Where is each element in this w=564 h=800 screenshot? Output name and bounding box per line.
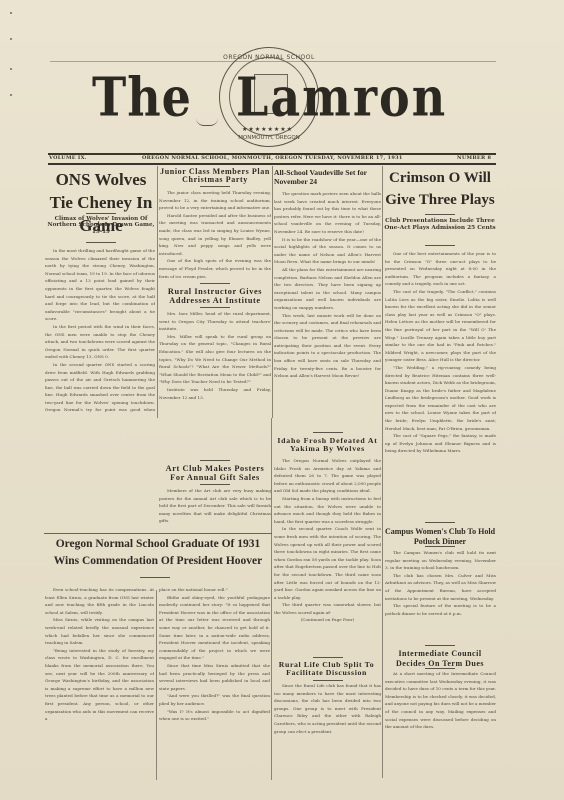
paragraph: "Being interested in the study of forest… <box>45 647 154 723</box>
column-divider <box>382 166 383 778</box>
headline-rule <box>425 668 455 669</box>
headline-crimson-o: Crimson O Will Give Three Plays <box>384 167 496 211</box>
paragraph: It is to be the roadshow of the year—one… <box>274 236 381 266</box>
column-divider <box>272 166 273 418</box>
article-separator <box>200 283 230 284</box>
paragraph: "Was I? It's almost impossible to act di… <box>159 708 270 723</box>
paragraph: "And were you thrilled?" was the final q… <box>159 692 270 707</box>
headline-line: Wins Commendation Of President Hoover <box>42 553 274 570</box>
paragraph: The Oregon Normal Wolves outplayed the I… <box>274 457 381 495</box>
paragraph: The cast of "Square Pegs," the fantasy, … <box>385 432 496 455</box>
headline-idaho-frosh: Idaho Frosh Defeated At Yakima By Wolves <box>274 437 381 453</box>
paragraph: The Campus Women's club will hold its ne… <box>385 549 496 572</box>
masthead-title-the: The <box>92 66 192 128</box>
article-body-hoover-col1: Even school-teaching has its compensatio… <box>45 586 154 746</box>
paragraph: The special feature of the meeting is to… <box>385 602 496 617</box>
article-body-art-club: Members of the Art club are very busy ma… <box>159 487 271 527</box>
paragraph: Harold Santee presided and after the bus… <box>159 212 271 258</box>
paragraph: In the most thrilling and hardfought gam… <box>45 247 155 323</box>
paragraph: In the second quarter ONS started a scor… <box>45 361 155 414</box>
paragraph: Mrs. Miller will speak to the rural grou… <box>159 333 271 386</box>
column-divider <box>157 166 158 418</box>
headline-line: Oregon Normal School Graduate Of 1931 <box>42 536 274 553</box>
paragraph: Blithe and shiny-eyed, the youthful peda… <box>159 594 270 662</box>
headline-vaudeville: All-School Vaudeville Set for November 2… <box>274 168 381 186</box>
paragraph: Mrs. Inez Miller, head of the rural depa… <box>159 310 271 333</box>
headline-rural-life: Rural Life Club Split To Facilitate Disc… <box>272 661 381 677</box>
subhead-rule <box>425 245 455 246</box>
article-body-rural-instructor: Mrs. Inez Miller, head of the rural depa… <box>159 310 271 455</box>
newspaper-page: The OREGON NORMAL SCHOOL ★★★★★★★★ MONMOU… <box>0 0 564 800</box>
article-body-wolves: In the most thrilling and hardfought gam… <box>45 247 155 414</box>
volume-label: VOLUME IX. <box>49 155 87 161</box>
headline-rule <box>200 484 230 485</box>
dateline-rule-bottom <box>48 163 496 165</box>
article-separator <box>425 645 455 646</box>
article-body-hoover-col2: place on the national honor roll." Blith… <box>159 586 270 746</box>
article-body-idaho-frosh: The Oregon Normal Wolves outplayed the I… <box>274 457 381 657</box>
headline-rural-instructor: Rural Instructor Gives Addresses At Inst… <box>159 288 271 305</box>
headline-rule <box>313 680 343 681</box>
headline-rule <box>86 213 116 214</box>
masthead-title-lamron: Lamron <box>236 66 447 128</box>
issue-number: NUMBER 8 <box>457 155 491 161</box>
paragraph: The junior class meeting held Thursday e… <box>159 189 271 212</box>
headline-rule <box>425 546 455 547</box>
paragraph: One of the high spots of the evening was… <box>159 257 271 280</box>
headline-hoover: Oregon Normal School Graduate Of 1931 Wi… <box>42 536 274 570</box>
article-body-rural-life: Since the Rural Life club has found that… <box>274 682 381 744</box>
subhead-rule <box>86 242 116 243</box>
paragraph: In the second quarter Coach Wolfe sent i… <box>274 525 381 601</box>
headline-rule <box>200 307 230 308</box>
headline-intermediate-council: Intermediate Council Decides On Term Due… <box>384 649 496 668</box>
headline-rule <box>200 186 230 187</box>
paragraph: The third quarter was somewhat slower, b… <box>274 601 381 616</box>
section-separator <box>44 533 272 534</box>
paragraph: The first Wednesday in December, the jun… <box>159 280 271 281</box>
article-body-vaudeville: The question mark posters seen about the… <box>274 190 381 428</box>
paragraph: place on the national honor roll." <box>159 586 270 594</box>
paragraph: In the first period with the wind in the… <box>45 323 155 361</box>
article-body-junior-class: The junior class meeting held Thursday e… <box>159 189 271 281</box>
paragraph: The club has chosen Mrs. Culver and Miss… <box>385 572 496 602</box>
seal-text-bottom: MONMOUTH, OREGON <box>220 135 318 141</box>
subhead-crimson-o: Club Presentations Include Three One-Act… <box>384 218 496 231</box>
continued-notice[interactable]: (Continued on Page Four) <box>274 616 381 624</box>
page-edge-mark <box>10 38 12 40</box>
page-edge-mark <box>10 94 12 96</box>
seal-text-top: OREGON NORMAL SCHOOL <box>220 54 318 61</box>
masthead-flourish <box>196 118 218 126</box>
paragraph: The question mark posters seen about the… <box>274 190 381 236</box>
paragraph: Even school-teaching has its compensatio… <box>45 586 154 616</box>
article-body-crimson-o: One of the best entertainments of the ye… <box>385 250 496 515</box>
paragraph: Since that time Miss Sirnio admitted tha… <box>159 662 270 692</box>
headline-art-club: Art Club Makes Posters For Annual Gift S… <box>159 465 271 482</box>
paragraph: All the plans for this entertainment are… <box>274 266 381 312</box>
dateline-text: OREGON NORMAL SCHOOL, MONMOUTH, OREGON T… <box>142 155 403 161</box>
paragraph: At a short meeting of the Intermediate C… <box>385 670 496 731</box>
article-separator <box>313 657 343 658</box>
paragraph: Institute was held Thursday and Friday, … <box>159 386 271 401</box>
page-edge-mark <box>10 12 12 14</box>
article-body-campus-womens-club: The Campus Women's club will hold its ne… <box>385 549 496 639</box>
paragraph: Miss Sirnio, while visiting on the campu… <box>45 616 154 646</box>
article-separator <box>200 460 230 461</box>
headline-junior-class: Junior Class Members Plan Christmas Part… <box>159 168 271 185</box>
headline-rule <box>425 214 455 215</box>
paragraph: This week, last minute work will be done… <box>274 312 381 380</box>
page-edge-mark <box>10 68 12 70</box>
article-separator <box>425 522 455 523</box>
headline-campus-womens-club: Campus Women's Club To Hold Potluck Dinn… <box>384 527 496 546</box>
paragraph: The cast of the tragedy, "The Conflict,"… <box>385 288 496 364</box>
column-divider <box>271 418 272 780</box>
paragraph: "The Wedding," a rip-roaring comedy bein… <box>385 364 496 432</box>
article-body-intermediate-council: At a short meeting of the Intermediate C… <box>385 670 496 750</box>
paragraph: Members of the Art club are very busy ma… <box>159 487 271 525</box>
subhead-wolves: Climax of Wolves' Invasion Of Northern S… <box>46 216 156 235</box>
paragraph: Starting from a lineup with instructions… <box>274 495 381 525</box>
headline-rule <box>140 577 170 578</box>
column-divider <box>156 590 157 780</box>
article-separator <box>313 432 343 433</box>
paragraph: One of the best entertainments of the ye… <box>385 250 496 288</box>
paragraph: Since the Rural Life club has found that… <box>274 682 381 735</box>
